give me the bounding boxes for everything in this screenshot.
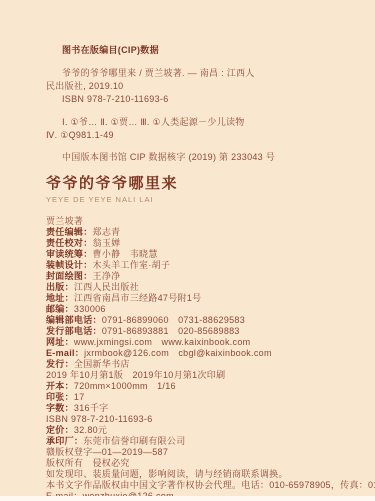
colophon-label: 字数：: [46, 403, 74, 413]
colophon-value: 330006: [74, 304, 106, 314]
cip-isbn: ISBN 978-7-210-11693-6: [46, 93, 367, 106]
colophon-row-sheets: 印张：17: [46, 392, 367, 403]
colophon-section: 贾兰坡著 责任编辑：郑志青 责任校对：翁玉婵 审读统筹：曹小静 韦晓慧 装帧设计…: [46, 216, 367, 501]
colophon-label: 网址：: [46, 337, 74, 347]
colophon-row-cover-art: 封面绘图：王净净: [46, 271, 367, 282]
colophon-value: 全国新华书店: [74, 359, 130, 369]
colophon-row-publisher: 出版：江西人民出版社: [46, 282, 367, 293]
colophon-row-edition: 2019 年10月第1版 2019年10月第1次印刷: [46, 370, 367, 381]
colophon-row-distribution-phone: 发行部电话：0791-86893881 020-85689883: [46, 326, 367, 337]
colophon-row-review: 审读统筹：曹小静 韦晓慧: [46, 249, 367, 260]
cip-classification-line1: Ⅰ. ①爷… Ⅱ. ①贾… Ⅲ. ①人类起源－少儿读物: [46, 116, 367, 129]
colophon-value: 720mm×1000mm 1/16: [74, 381, 176, 391]
colophon-row-isbn: ISBN 978-7-210-11693-6: [46, 414, 367, 425]
colophon-label: 装帧设计：: [46, 260, 93, 270]
colophon-value: jxrmbook@126.com cbgl@kaixinbook.com: [84, 348, 272, 358]
colophon-row-editor: 责任编辑：郑志青: [46, 227, 367, 238]
colophon-value: 2019 年10月第1版 2019年10月第1次印刷: [46, 370, 225, 380]
copyright-page: 图书在版编目(CIP)数据 爷爷的爷爷哪里来 / 贾兰坡著. — 南昌 : 江西…: [0, 0, 375, 496]
book-title-pinyin: YEYE DE YEYE NALI LAI: [46, 195, 367, 204]
colophon-value: 木头羊工作室·胡子: [93, 260, 171, 270]
colophon-value: 江西省南昌市三经路47号附1号: [74, 293, 202, 303]
colophon-label: 编辑部电话：: [46, 315, 102, 325]
colophon-label: 承印厂：: [46, 436, 83, 446]
colophon-row-website: 网址：www.jxmingsi.com www.kaixinbook.com: [46, 337, 367, 348]
colophon-value: 王净净: [93, 271, 121, 281]
colophon-label: 封面绘图：: [46, 271, 93, 281]
colophon-label: 发行：: [46, 359, 74, 369]
colophon-label: 责任编辑：: [46, 227, 93, 237]
book-title: 爷爷的爷爷哪里来: [46, 175, 367, 193]
colophon-value: ISBN 978-7-210-11693-6: [46, 414, 153, 424]
colophon-row-address: 地址：江西省南昌市三经路47号附1号: [46, 293, 367, 304]
colophon-value: 0791-86893881 020-85689883: [102, 326, 240, 336]
cip-classification-line2: Ⅳ. ①Q981.1-49: [46, 129, 367, 142]
colophon-label: 定价：: [46, 425, 74, 435]
colophon-label: 责任校对：: [46, 238, 93, 248]
colophon-value: 版权所有 侵权必究: [46, 458, 130, 468]
author-line: 贾兰坡著: [46, 216, 367, 227]
colophon-row-design: 装帧设计：木头羊工作室·胡子: [46, 260, 367, 271]
cip-entry-line2: 民出版社, 2019.10: [46, 80, 367, 93]
colophon-label: 印张：: [46, 392, 74, 402]
colophon-label: 发行部电话：: [46, 326, 102, 336]
page-bottom-edge: [0, 496, 375, 501]
colophon-row-email: E-mail：jxrmbook@126.com cbgl@kaixinbook.…: [46, 348, 367, 359]
colophon-label: 出版：: [46, 282, 74, 292]
colophon-row-format: 开本：720mm×1000mm 1/16: [46, 381, 367, 392]
cip-registry-number: 中国版本图书馆 CIP 数据核字 (2019) 第 233043 号: [46, 151, 367, 164]
colophon-row-proofreader: 责任校对：翁玉婵: [46, 238, 367, 249]
colophon-value: 翁玉婵: [93, 238, 121, 248]
colophon-value: 郑志青: [93, 227, 121, 237]
colophon-label: E-mail：: [46, 348, 84, 358]
colophon-row-price: 定价：32.80元: [46, 425, 367, 436]
colophon-row-editorial-phone: 编辑部电话：0791-86899060 0731-88629583: [46, 315, 367, 326]
colophon-value: 赣版权登字—01—2019—587: [46, 447, 168, 457]
colophon-row-distribution: 发行：全国新华书店: [46, 359, 367, 370]
colophon-value: 316千字: [74, 403, 109, 413]
colophon-value: 江西人民出版社: [74, 282, 139, 292]
colophon-row-wordcount: 字数：316千字: [46, 403, 367, 414]
colophon-row-postcode: 邮编：330006: [46, 304, 367, 315]
colophon-row-printer: 承印厂：东莞市信誉印刷有限公司: [46, 436, 367, 447]
colophon-value: 17: [74, 392, 85, 402]
colophon-row-registration: 赣版权登字—01—2019—587: [46, 447, 367, 458]
copyright-agency-notice: 本书文字作品版权由中国文字著作权协会代理。电话：010-65978905，传真：…: [46, 480, 367, 491]
cip-header: 图书在版编目(CIP)数据: [46, 44, 367, 57]
colophon-label: 开本：: [46, 381, 74, 391]
colophon-row-rights-reserved: 版权所有 侵权必究: [46, 458, 367, 469]
colophon-value: 32.80元: [74, 425, 107, 435]
cip-entry-line1: 爷爷的爷爷哪里来 / 贾兰坡著. — 南昌 : 江西人: [46, 67, 367, 80]
colophon-label: 邮编：: [46, 304, 74, 314]
quality-notice: 如发现印、装质量问题，影响阅读，请与经销商联系调换。: [46, 469, 367, 480]
colophon-label: 审读统筹：: [46, 249, 93, 259]
colophon-value: 0791-86899060 0731-88629583: [102, 315, 245, 325]
colophon-value: 东莞市信誉印刷有限公司: [83, 436, 185, 446]
colophon-value: www.jxmingsi.com www.kaixinbook.com: [74, 337, 251, 347]
colophon-label: 地址：: [46, 293, 74, 303]
colophon-value: 曹小静 韦晓慧: [93, 249, 158, 259]
